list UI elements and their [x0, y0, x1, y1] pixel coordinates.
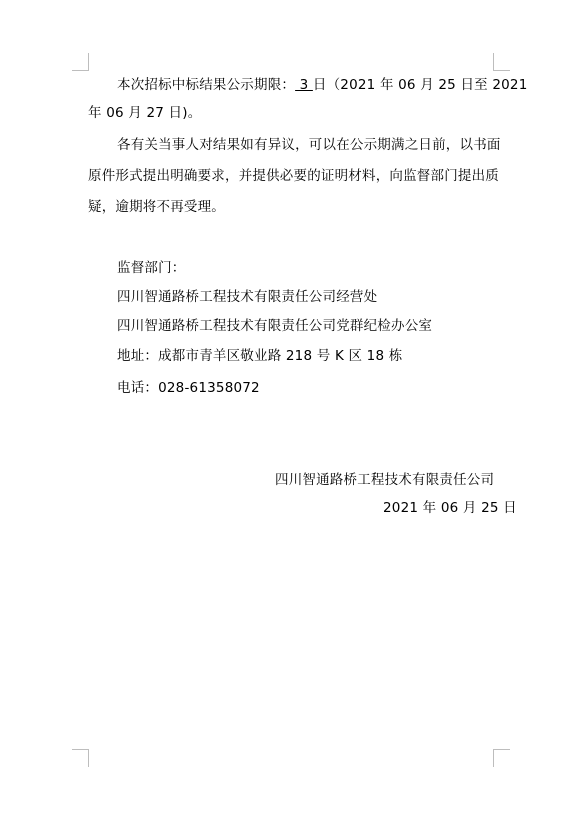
- publicity-period-line-1: 本次招标中标结果公示期限： 3 日（2021 年 06 月 25 日至 2021: [117, 76, 528, 94]
- signature-company: 四川智通路桥工程技术有限责任公司: [275, 471, 494, 489]
- margin-corner-mark-top-right: [493, 53, 510, 71]
- publicity-period-line-2: 年 06 月 27 日)。: [88, 104, 201, 122]
- document-page: 本次招标中标结果公示期限： 3 日（2021 年 06 月 25 日至 2021…: [0, 0, 581, 816]
- objection-paragraph-line-1: 各有关当事人对结果如有异议，可以在公示期满之日前，以书面: [117, 136, 501, 154]
- supervision-phone: 电话：028-61358072: [117, 379, 260, 397]
- objection-paragraph-line-2: 原件形式提出明确要求，并提供必要的证明材料，向监督部门提出质: [88, 167, 499, 185]
- publicity-days-value: 3: [295, 77, 313, 93]
- margin-corner-mark-bottom-left: [72, 749, 89, 767]
- supervision-address: 地址：成都市青羊区敬业路 218 号 K 区 18 栋: [117, 347, 402, 365]
- supervision-heading: 监督部门：: [117, 259, 186, 277]
- supervision-dept-business: 四川智通路桥工程技术有限责任公司经营处: [117, 288, 377, 306]
- signature-date: 2021 年 06 月 25 日: [383, 499, 517, 517]
- objection-paragraph-line-3: 疑，逾期将不再受理。: [88, 198, 225, 216]
- margin-corner-mark-top-left: [72, 53, 89, 71]
- publicity-period-label: 本次招标中标结果公示期限：: [117, 77, 295, 93]
- publicity-dates: 日（2021 年 06 月 25 日至 2021: [313, 77, 528, 93]
- supervision-dept-discipline: 四川智通路桥工程技术有限责任公司党群纪检办公室: [117, 317, 432, 335]
- margin-corner-mark-bottom-right: [493, 749, 510, 767]
